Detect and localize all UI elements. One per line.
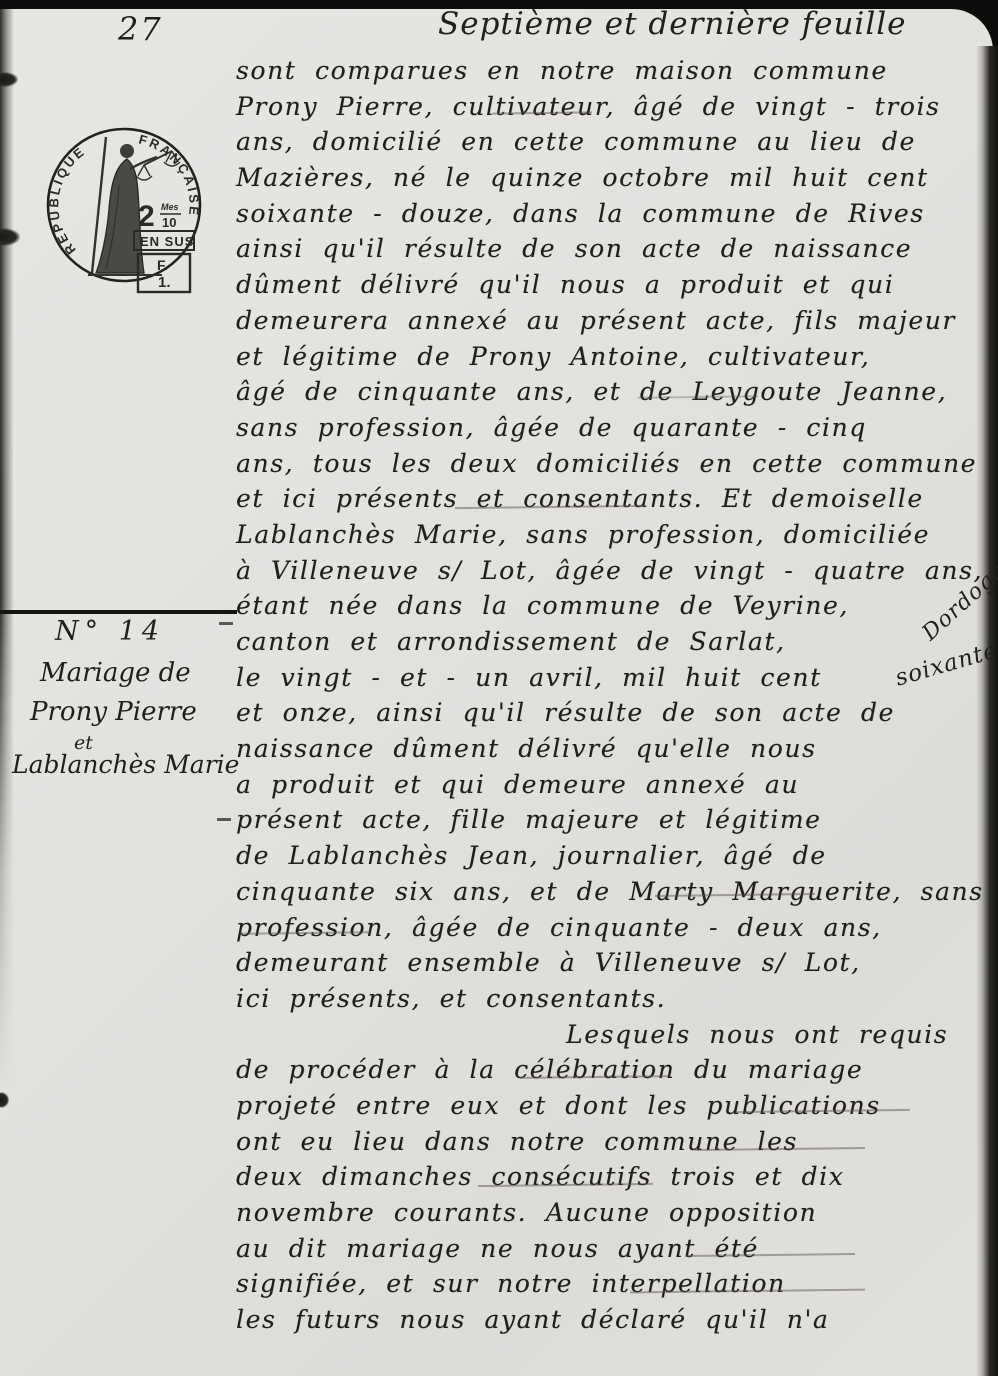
text-line: ans, domicilié en cette commune au lieu … [236,127,978,163]
text-line: ans, tous les deux domiciliés en cette c… [236,449,978,485]
text-line: Prony Pierre, cultivateur, âgé de vingt … [236,92,978,128]
text-line: dûment délivré qu'il nous a produit et q… [236,270,978,306]
stamp-amount-label: 1. [158,274,171,291]
text-line: novembre courants. Aucune opposition [236,1198,978,1234]
revenue-stamp: 2 Mes 10 EN SUS F. 1. RÉPUBLIQUE FRANÇAI… [40,115,208,299]
margin-rule [0,610,237,614]
text-line: deux dimanches consécutifs trois et dix [236,1162,978,1198]
text-line: Lablanchès Marie, sans profession, domic… [236,520,978,556]
text-line: le vingt - et - un avril, mil huit cent [236,663,978,699]
text-line: sans profession, âgée de quarante - cinq [236,413,978,449]
text-line: cinquante six ans, et de Marty Marguerit… [236,877,978,913]
text-line: ont eu lieu dans notre commune les [236,1127,978,1163]
stamp-value-main: 2 [138,200,155,233]
scanned-register-page: 27 Septième et dernière feuille 2 Mes 10… [0,0,998,1376]
text-line: a produit et qui demeure annexé au [236,770,978,806]
margin-tick [217,818,231,821]
text-line: et ici présents et consentants. Et demoi… [236,484,978,520]
text-line: âgé de cinquante ans, et de Leygoute Jea… [236,377,978,413]
text-line: signifiée, et sur notre interpellation [236,1269,978,1305]
margin-note-line: Prony Pierre [30,697,197,727]
text-line: ici présents, et consentants. [236,984,978,1020]
text-line: à Villeneuve s/ Lot, âgée de vingt - qua… [236,556,978,592]
text-line: profession, âgée de cinquante - deux ans… [236,913,978,949]
text-line: naissance dûment délivré qu'elle nous [236,734,978,770]
text-line: canton et arrondissement de Sarlat, [236,627,978,663]
stamp-value-sup: Mes [161,202,179,212]
text-line: au dit mariage ne nous ayant été [236,1234,978,1270]
text-line: ainsi qu'il résulte de son acte de naiss… [236,234,978,270]
stamp-arc-left-text: RÉPUBLIQUE [46,143,88,257]
stamp-surcharge-label: EN SUS [140,234,194,249]
act-number: N° 14 [55,616,165,647]
margin-tick [219,622,233,625]
text-line: et onze, ainsi qu'il résulte de son acte… [236,698,978,734]
text-line: de procéder à la célébration du mariage [236,1055,978,1091]
text-line: sont comparues en notre maison commune [236,56,978,92]
page-header-title: Septième et dernière feuille [438,6,907,42]
margin-note-line: Lablanchès Marie [12,750,239,779]
margin-note-line: Mariage de [40,658,191,688]
text-line: Lesquels nous ont requis [236,1020,978,1056]
text-line: soixante - douze, dans la commune de Riv… [236,199,978,235]
stamp-value-denom: 10 [162,215,176,230]
text-line: les futurs nous ayant déclaré qu'il n'a [236,1305,978,1341]
text-line: étant née dans la commune de Veyrine, [236,591,978,627]
act-body-text: sont comparues en notre maison communePr… [236,56,978,1341]
text-line: présent acte, fille majeure et légitime [236,805,978,841]
text-line: demeurant ensemble à Villeneuve s/ Lot, [236,948,978,984]
svg-text:RÉPUBLIQUE: RÉPUBLIQUE [46,143,88,257]
scan-edge-right [976,46,998,1376]
scan-edge-left [0,9,14,1089]
text-line: demeurera annexé au présent acte, fils m… [236,306,978,342]
text-line: Mazières, né le quinze octobre mil huit … [236,163,978,199]
page-number: 27 [118,10,163,48]
text-line: de Lablanchès Jean, journalier, âgé de [236,841,978,877]
stamp-currency-label: F. [157,257,168,273]
text-line: et légitime de Prony Antoine, cultivateu… [236,342,978,378]
